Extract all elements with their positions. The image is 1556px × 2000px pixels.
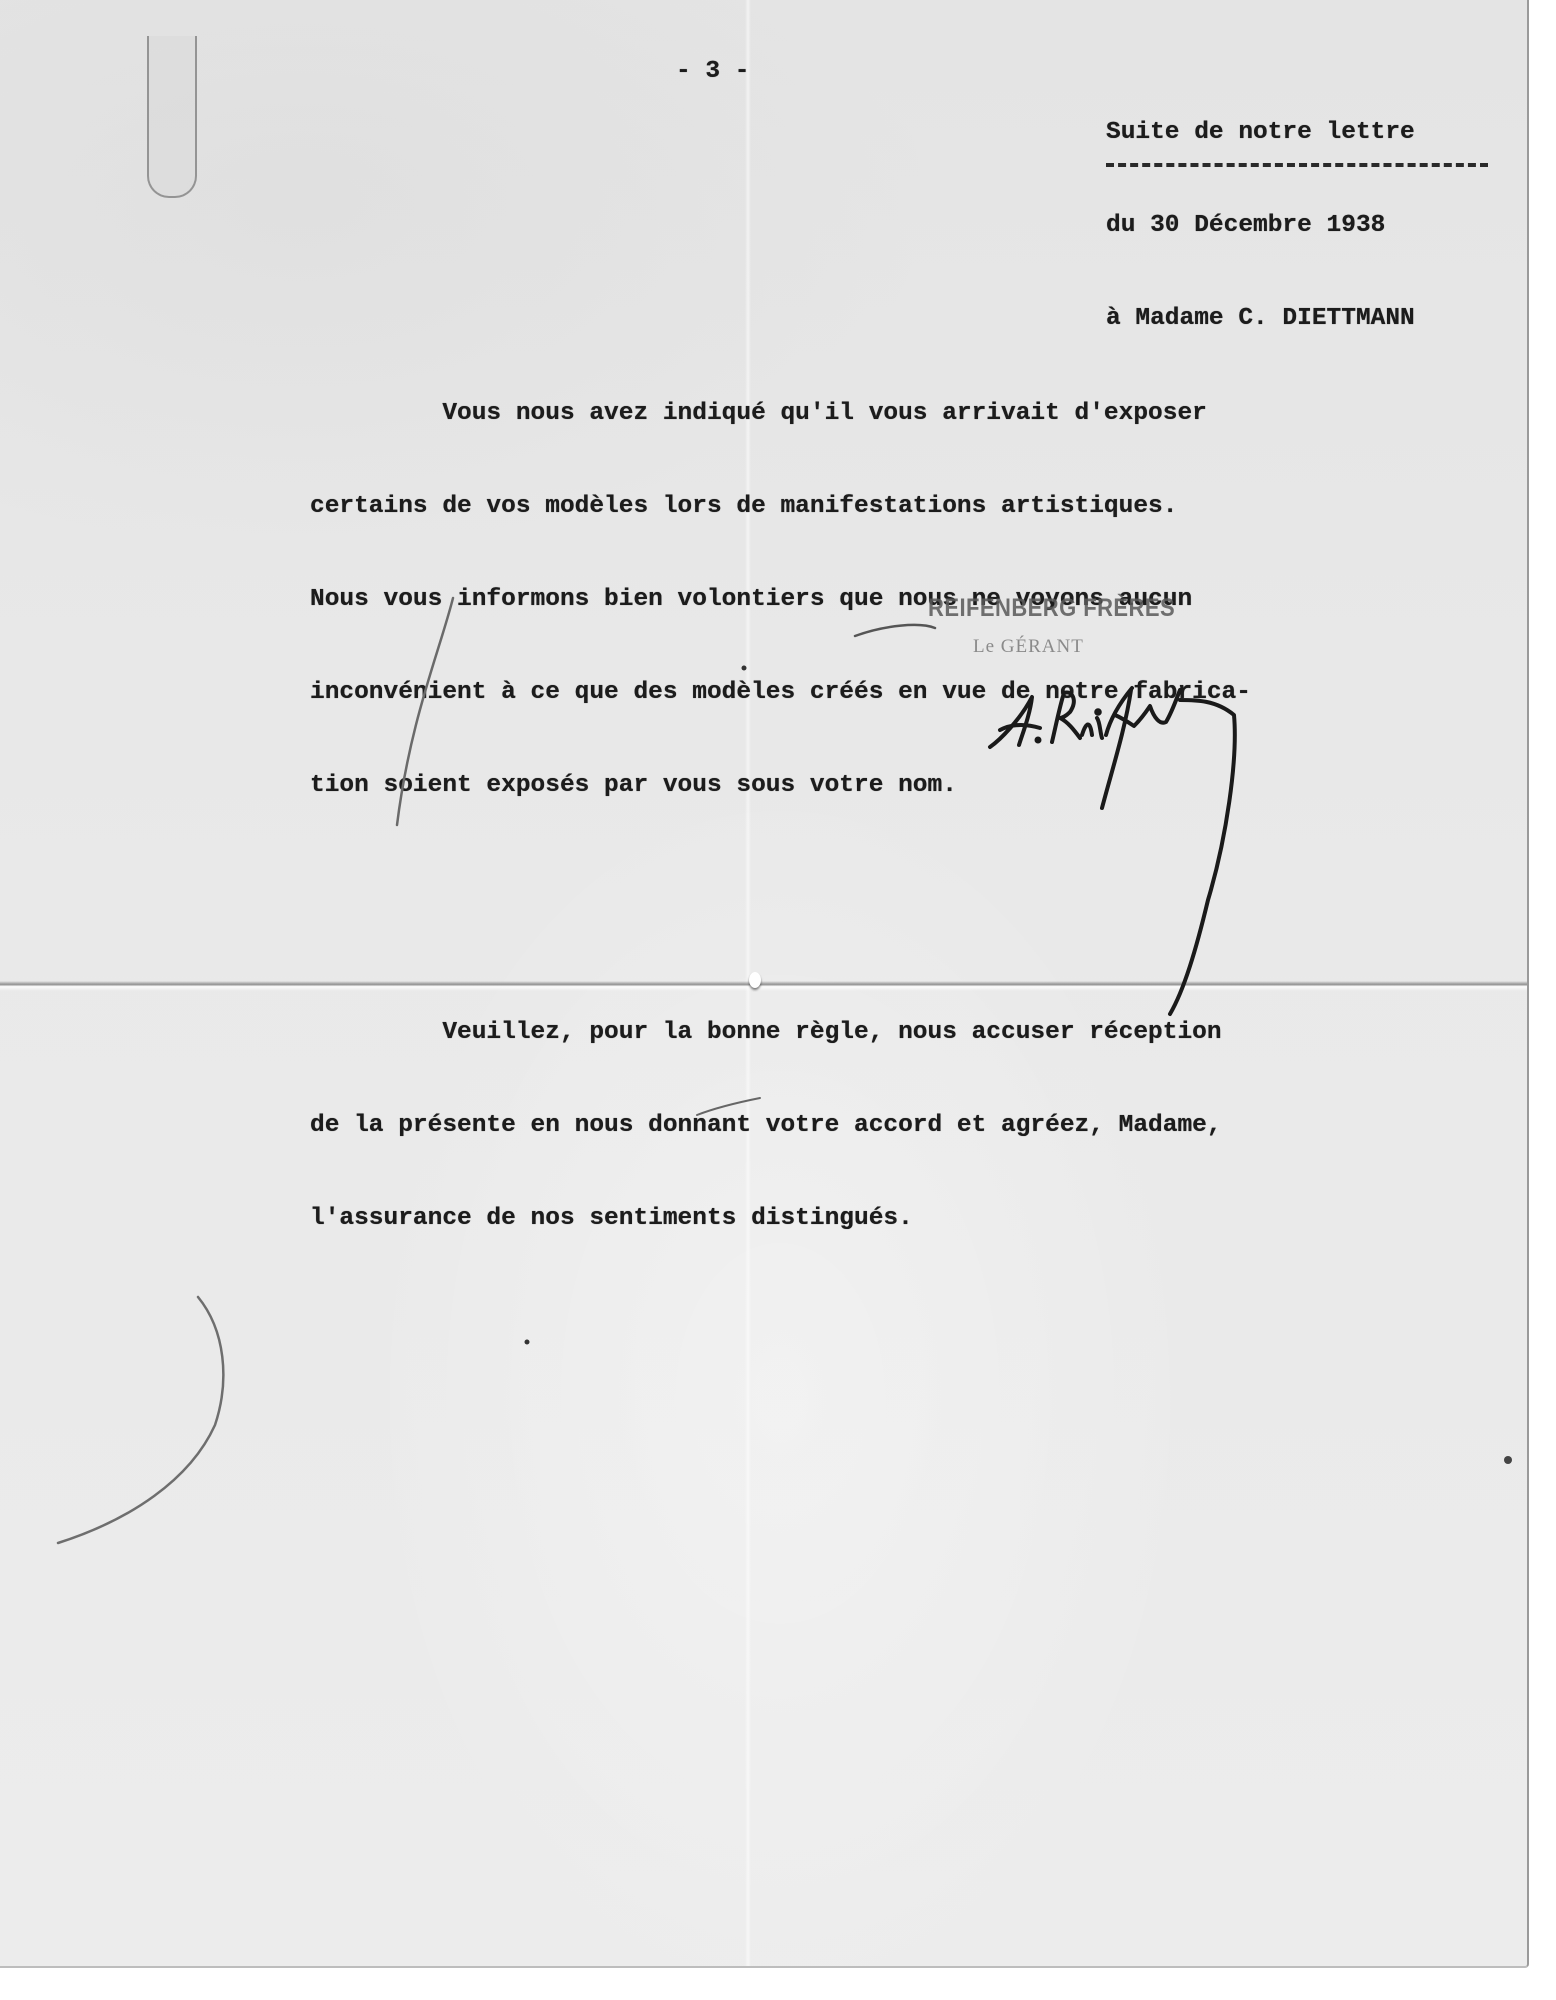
body-line: Veuillez, pour la bonne règle, nous accu…	[310, 1017, 1251, 1048]
reference-line: Suite de notre lettre	[1106, 117, 1415, 148]
body-line: Vous nous avez indiqué qu'il vous arriva…	[310, 398, 1251, 429]
body-line: certains de vos modèles lors de manifest…	[310, 491, 1251, 522]
reference-underline	[1106, 163, 1488, 167]
page-number: - 3 -	[676, 56, 750, 87]
body-line: de la présente en nous donnant votre acc…	[310, 1110, 1251, 1141]
reference-line: du 30 Décembre 1938	[1106, 210, 1415, 241]
paperclip-mark	[147, 36, 197, 198]
paragraph-2: Veuillez, pour la bonne règle, nous accu…	[310, 955, 1251, 1296]
company-stamp: REIFENBERG FRÈRES	[928, 594, 1175, 623]
body-line: tion soient exposés par vous sous votre …	[310, 770, 1251, 801]
body-line: l'assurance de nos sentiments distingués…	[310, 1203, 1251, 1234]
letter-body: Vous nous avez indiqué qu'il vous arriva…	[310, 274, 1251, 1327]
stamp-title: Le GÉRANT	[973, 636, 1084, 658]
